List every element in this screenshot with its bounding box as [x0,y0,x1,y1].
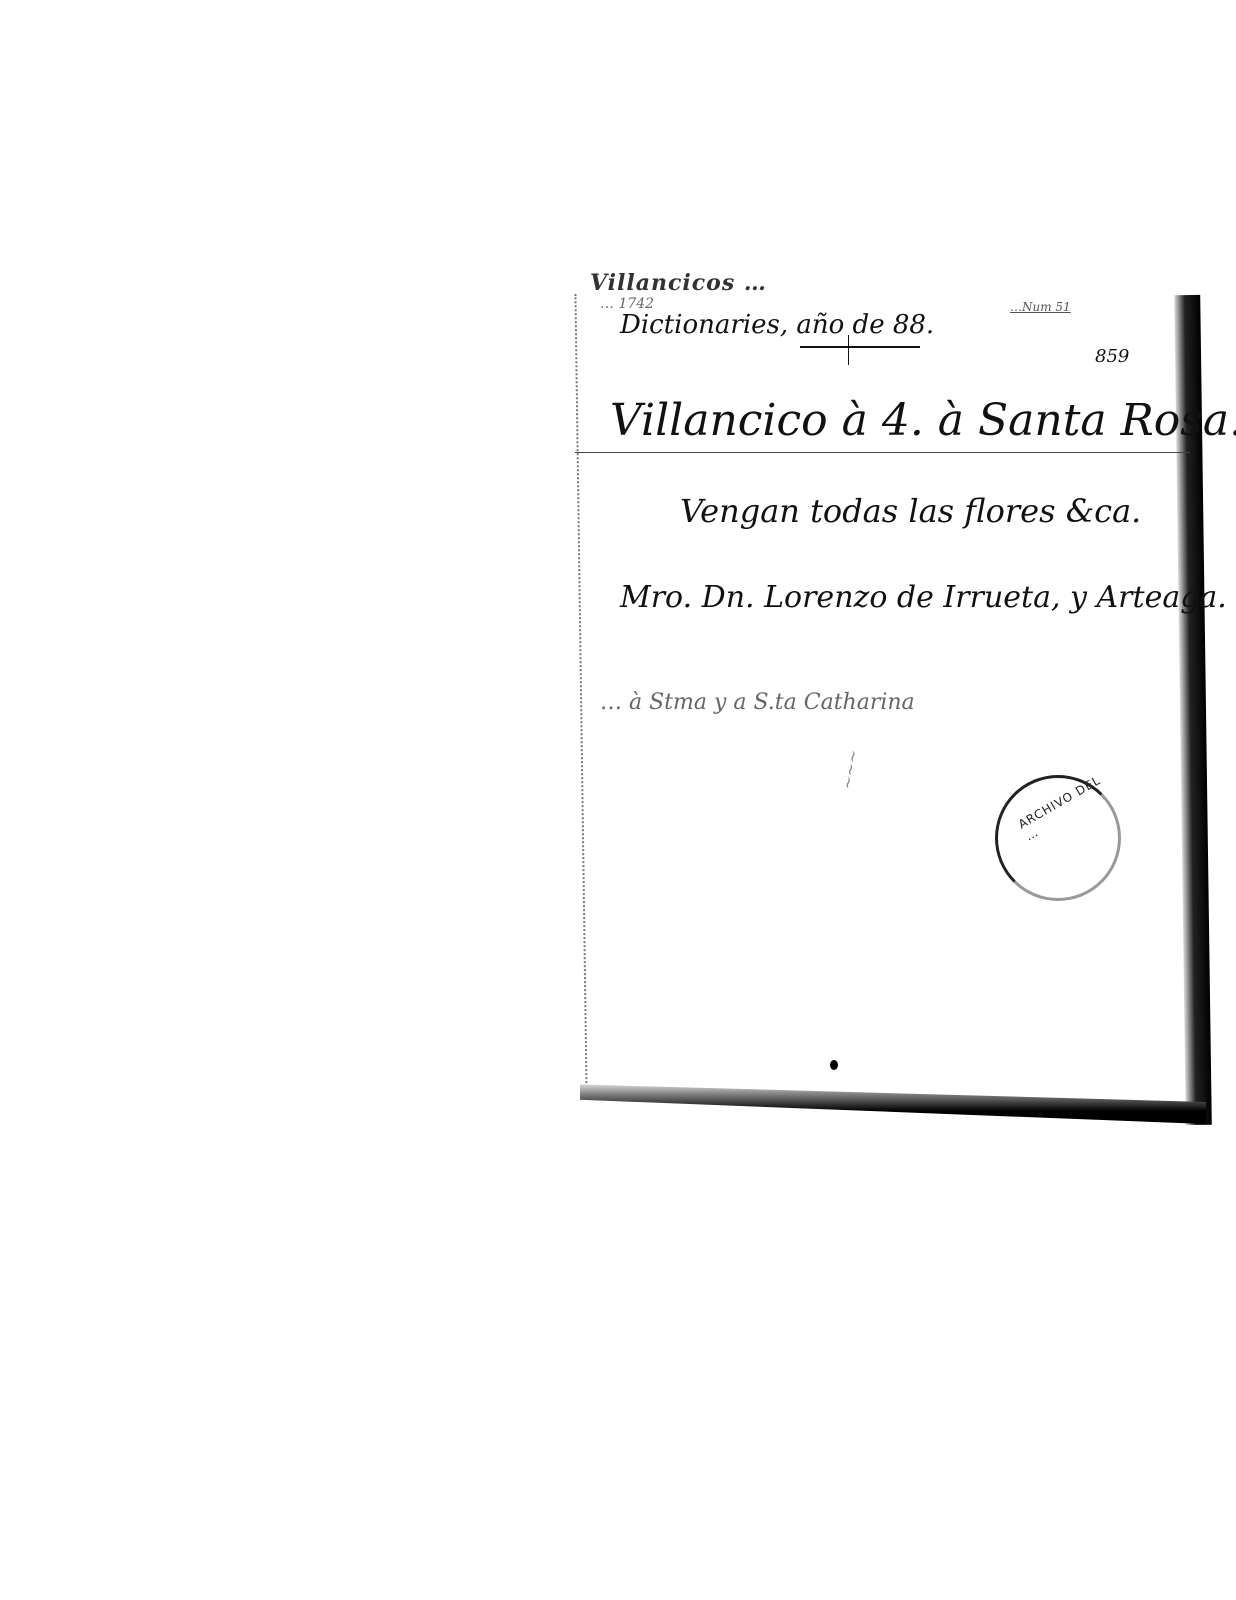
folio-number: 859 [1095,346,1129,367]
divider-line [575,452,1190,453]
composer-line: Mro. Dn. Lorenzo de Irrueta, y Arteaga. [620,580,1227,615]
header-faded-line: Villancicos … [590,270,767,296]
ink-blot [830,1060,838,1070]
faded-note-line: … à Stma y a S.ta Catharina [600,690,915,715]
cross-mark-icon [800,346,920,348]
archive-stamp-icon: ARCHIVO DEL … [995,775,1121,901]
header-right-label: …Num 51 [1010,300,1071,314]
cross-mark-vertical [848,335,849,365]
stamp-text: ARCHIVO DEL … [1016,768,1118,843]
header-year-line: Dictionaries, año de 88. [620,310,934,340]
document-title: Villancico à 4. à Santa Rosa. [610,395,1236,446]
incipit-line: Vengan todas las flores &ca. [680,492,1141,530]
